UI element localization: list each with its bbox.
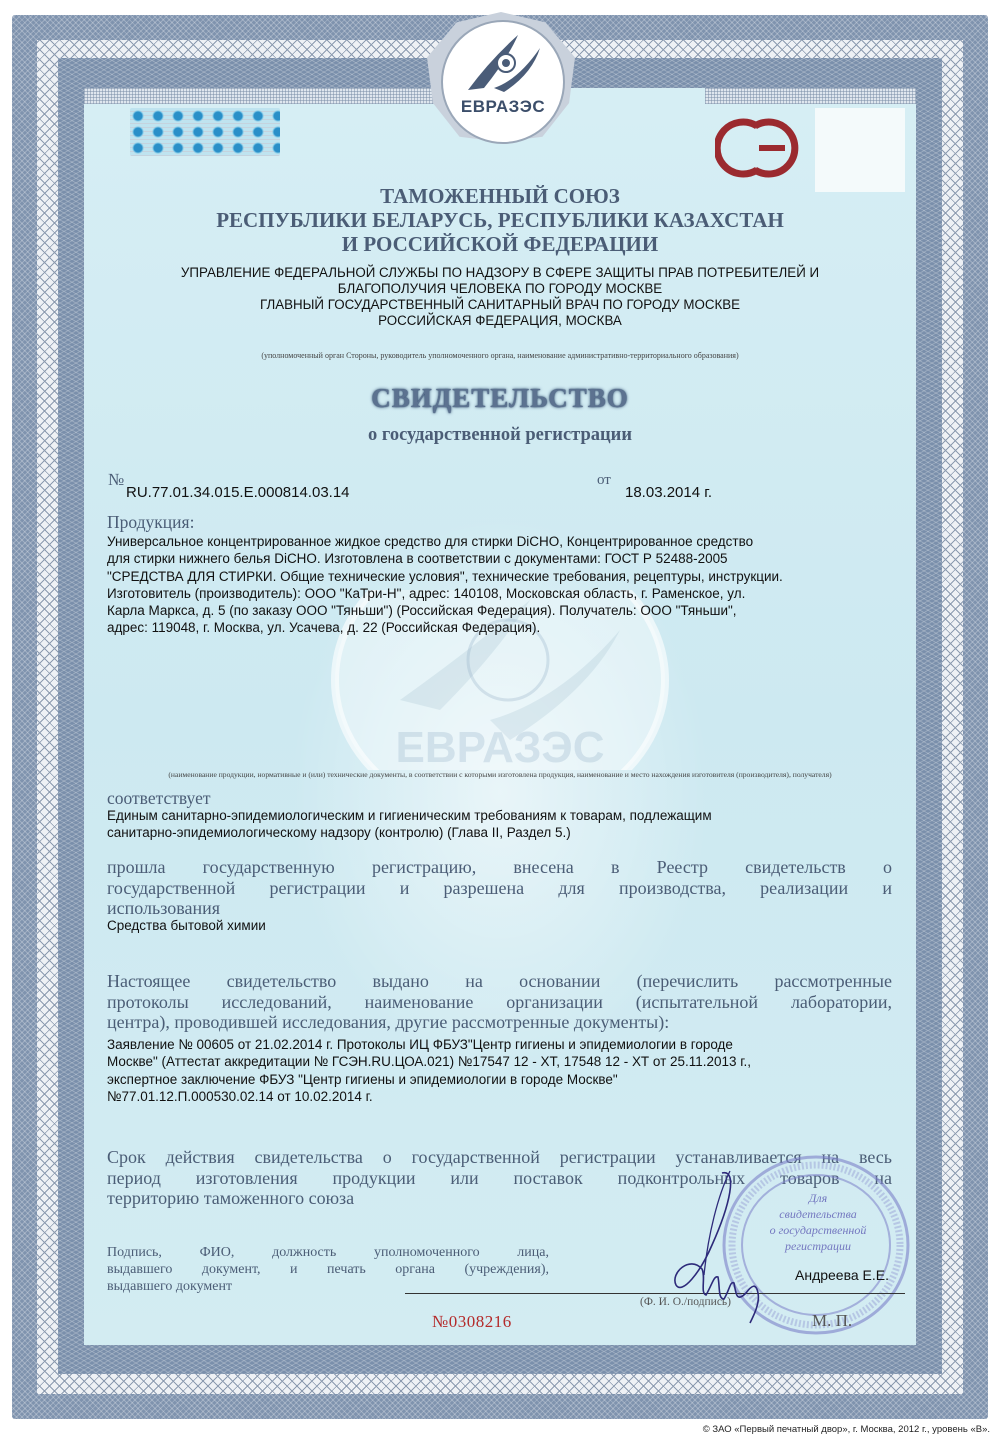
customs-union-se-mark-icon [715,116,805,180]
agency-line-2: БЛАГОПОЛУЧИЯ ЧЕЛОВЕКА ПО ГОРОДУ МОСКВЕ [109,281,891,298]
blank-label-area [815,108,905,192]
handwritten-signature-icon [660,1165,770,1325]
product-line: Универсальное концентрированное жидкое с… [107,534,783,551]
union-title-line-2: РЕСПУБЛИКИ БЕЛАРУСЬ, РЕСПУБЛИКИ КАЗАХСТА… [84,208,916,232]
signature-caption-line: Подпись, ФИО, должность уполномоченного … [107,1244,549,1261]
conformity-text: Единым санитарно-эпидемиологическим и ги… [107,808,712,843]
product-line: "СРЕДСТВА ДЛЯ СТИРКИ. Общие технические … [107,569,783,586]
agency-caption: (уполномоченный орган Стороны, руководит… [84,351,916,360]
number-sign: № [108,470,124,490]
registration-line: использования [107,898,892,919]
registration-line: государственной регистрации и разрешена … [107,878,892,899]
registration-date: 18.03.2014 г. [625,484,712,501]
agency-line-1: УПРАВЛЕНИЕ ФЕДЕРАЛЬНОЙ СЛУЖБЫ ПО НАДЗОРУ… [109,265,891,282]
svg-text:регистрации: регистрации [784,1239,851,1253]
certificate-subtitle: о государственной регистрации [84,425,916,446]
svg-text:ЕВРАЗЭС: ЕВРАЗЭС [395,723,604,770]
product-label: Продукция: [107,512,194,533]
product-line: адрес: 119048, г. Москва, ул. Усачева, д… [107,620,783,637]
basis-document-line: Заявление № 00605 от 21.02.2014 г. Прото… [107,1037,751,1054]
grid-strip-left [84,88,469,104]
conformity-line: Единым санитарно-эпидемиологическим и ги… [107,808,712,825]
basis-line: Настоящее свидетельство выдано на основа… [107,971,892,992]
registration-number: RU.77.01.34.015.Е.000814.03.14 [126,484,350,501]
eurasec-emblem-icon [460,30,546,95]
product-description: Универсальное концентрированное жидкое с… [107,534,783,638]
printer-note: © ЗАО «Первый печатный двор», г. Москва,… [703,1424,990,1435]
signer-name: Андреева Е.Е. [795,1267,889,1283]
signature-caption: Подпись, ФИО, должность уполномоченного … [107,1244,549,1295]
product-caption: (наименование продукции, нормативные и (… [84,770,916,779]
basis-line: протоколы исследований, наименование орг… [107,992,892,1013]
basis-document-line: Москве" (Аттестат аккредитации № ГСЭН.RU… [107,1054,751,1071]
svg-text:Для: Для [808,1191,828,1205]
product-line: Карла Маркса, д. 5 (по заказу ООО "Тяньш… [107,603,783,620]
signature-line [405,1293,905,1294]
basis-line: центра), проводившей исследования, други… [107,1012,892,1033]
product-line: для стирки нижнего белья DiCHO. Изготовл… [107,551,783,568]
grid-strip-right [705,88,916,104]
svg-text:о государственной: о государственной [770,1223,867,1237]
union-title-line-1: ТАМОЖЕННЫЙ СОЮЗ [84,184,916,208]
seal-label: М. П. [812,1311,852,1331]
form-serial-number: №0308216 [432,1312,512,1332]
conformity-label: соответствует [107,788,211,809]
product-line: Изготовитель (производитель): ООО "КаТри… [107,586,783,603]
union-title-line-3: И РОССИЙСКОЙ ФЕДЕРАЦИИ [84,232,916,256]
basis-document-line: экспертное заключение ФБУЗ "Центр гигиен… [107,1072,751,1089]
certificate-title: СВИДЕТЕЛЬСТВО [84,383,916,414]
signature-caption-line: выдавшего документ, и печать органа (учр… [107,1261,549,1278]
conformity-line: санитарно-эпидемиологическому надзору (к… [107,825,712,842]
emblem-label: ЕВРАЗЭС [441,97,565,117]
hologram-sticker [130,108,280,156]
date-label: от [597,472,611,489]
basis-statement: Настоящее свидетельство выдано на основа… [107,971,892,1033]
registration-statement: прошла государственную регистрацию, внес… [107,857,892,919]
basis-documents: Заявление № 00605 от 21.02.2014 г. Прото… [107,1037,751,1106]
scope-text: Средства бытовой химии [107,918,266,935]
registration-line: прошла государственную регистрацию, внес… [107,857,892,878]
svg-text:свидетельства: свидетельства [779,1207,856,1221]
basis-document-line: №77.01.12.П.000530.02.14 от 10.02.2014 г… [107,1089,751,1106]
agency-line-3: ГЛАВНЫЙ ГОСУДАРСТВЕННЫЙ САНИТАРНЫЙ ВРАЧ … [109,297,891,314]
registration-scope: Средства бытовой химии [107,918,266,935]
agency-line-4: РОССИЙСКАЯ ФЕДЕРАЦИЯ, МОСКВА [109,313,891,330]
